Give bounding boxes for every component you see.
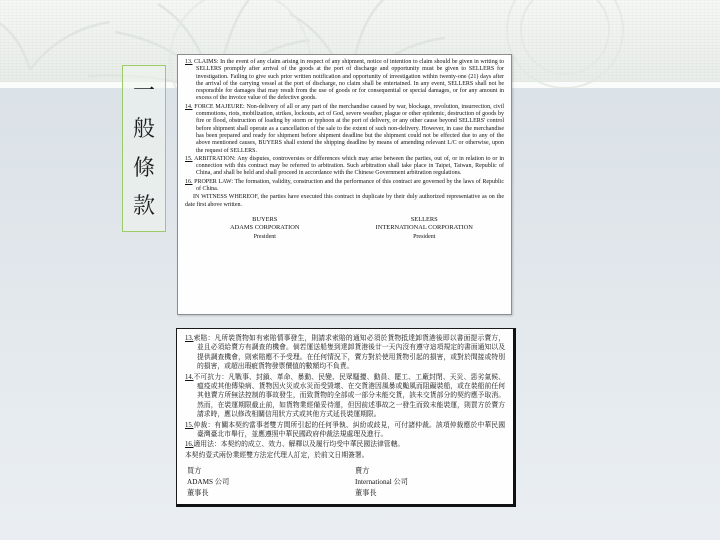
title-char: 條 [133,157,155,179]
clause-label: 不可抗力： [194,374,229,381]
signature-title: 董事長 [355,488,505,499]
clause-body: 有關本契約當事者雙方間所引起的任何爭執、糾紛或歧見，可付諸仲裁。該項仲裁應於中華… [197,422,505,438]
signature-title: 董事長 [187,488,345,499]
clause-number: 14. [185,374,194,381]
clause-number: 13. [185,335,194,342]
clause-label: FORCE MAJEURE: [194,104,244,110]
signature-company: ADAMS 公司 [187,477,345,488]
clause-label: PROPER LAW: [194,179,233,185]
clause-label: 索賠： [194,335,215,342]
clause-label: 仲裁： [194,422,215,429]
clause-body: 凡戰事、封鎖、革命、暴動、民變、民眾騷擾、動員、罷工、工廠封閉、天災、惡劣氣候、… [197,374,505,419]
signature-title: President [185,233,345,242]
clause-label: CLAIMS: [194,59,218,65]
clause-15-zh: 15.仲裁：有關本契約當事者雙方間所引起的任何爭執、糾紛或歧見，可付諸仲裁。該項… [185,421,505,440]
clause-number: 13. [185,59,193,65]
clause-14-zh: 14.不可抗力：凡戰事、封鎖、革命、暴動、民變、民眾騷擾、動員、罷工、工廠封閉、… [185,373,505,420]
clause-body: The formation, validity, construction an… [196,179,504,192]
signature-buyer-zh: 買方 ADAMS 公司 董事長 [185,466,345,499]
signature-title: President [345,233,505,242]
clause-13-zh: 13.索賠：凡所裝貨物如有索賠情事發生，則請求索賠的通知必須於貨物抵達卸貨港後即… [185,334,505,372]
clause-body: 凡所裝貨物如有索賠情事發生，則請求索賠的通知必須於貨物抵達卸貨港後即以書面提示賣… [197,335,505,370]
signature-role: 賣方 [355,466,505,477]
clause-body: Non-delivery of all or any part of the m… [196,104,504,154]
clause-number: 14. [185,104,193,110]
signature-sellers: SELLERS INTERNATIONAL CORPORATION Presid… [345,216,505,242]
clause-15-en: 15. ARBITRATION: Any disputes, controver… [185,156,504,178]
signature-buyers: BUYERS ADAMS CORPORATION President [185,216,345,242]
clause-number: 16. [185,179,193,185]
signature-role: SELLERS [345,216,505,225]
signature-role: BUYERS [185,216,345,225]
clause-body: Any disputes, controversies or differenc… [196,156,504,177]
signature-company: INTERNATIONAL CORPORATION [345,224,505,233]
clause-14-en: 14. FORCE MAJEURE: Non-delivery of all o… [185,104,504,155]
clause-16-en: 16. PROPER LAW: The formation, validity,… [185,179,504,194]
presentation-slide: 一 般 條 款 13. CLAIMS: In the event of any … [0,0,720,540]
closing-sentence: 本契約壹式兩份業經雙方法定代理人訂定，於前文日期簽署。 [185,451,505,460]
signature-block-en: BUYERS ADAMS CORPORATION President SELLE… [185,216,504,242]
signature-seller-zh: 賣方 International 公司 董事長 [345,466,505,499]
clause-label: ARBITRATION: [194,156,236,162]
witness-clause: IN WITNESS WHEREOF, the parties have exe… [185,194,504,209]
title-char: 般 [133,118,155,140]
clause-label: 適用法： [194,441,221,448]
signature-company: International 公司 [355,477,505,488]
slide-title-vertical: 一 般 條 款 [122,65,166,232]
clause-number: 15. [185,156,193,162]
clause-number: 15. [185,422,194,429]
contract-page-chinese: 13.索賠：凡所裝貨物如有索賠情事發生，則請求索賠的通知必須於貨物抵達卸貨港後即… [176,328,516,507]
clause-body: 本契約的成立、效力、解釋以及履行均受中華民國法律管轄。 [221,441,405,448]
clause-number: 16. [185,441,194,448]
title-char: 一 [133,80,155,102]
title-char: 款 [133,195,155,217]
contract-page-english: 13. CLAIMS: In the event of any claim ar… [177,54,512,315]
signature-block-zh: 買方 ADAMS 公司 董事長 賣方 International 公司 董事長 [185,466,505,499]
clause-body: In the event of any claim arising in res… [196,59,504,101]
signature-company: ADAMS CORPORATION [185,224,345,233]
clause-16-zh: 16.適用法：本契約的成立、效力、解釋以及履行均受中華民國法律管轄。 [185,440,505,449]
clause-13-en: 13. CLAIMS: In the event of any claim ar… [185,59,504,103]
signature-role: 買方 [187,466,345,477]
